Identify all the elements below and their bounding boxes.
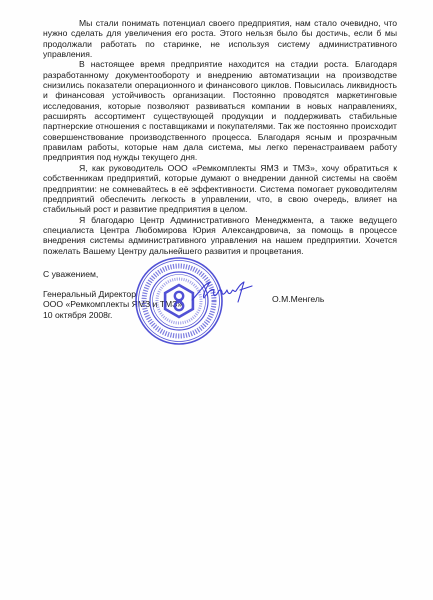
handwritten-signature-icon (190, 276, 260, 306)
paragraph-4: Я благодарю Центр Административного Мене… (43, 215, 397, 256)
signer-name: О.М.Менгель (272, 294, 324, 304)
paragraph-2: В настоящее время предприятие находится … (43, 59, 397, 162)
paragraph-3: Я, как руководитель ООО «Ремкомплекты ЯМ… (43, 163, 397, 215)
closing-salutation: С уважением, (43, 269, 98, 279)
paragraph-1: Мы стали понимать потенциал своего предп… (43, 18, 397, 59)
letter-page: Мы стали понимать потенциал своего предп… (0, 0, 433, 600)
letter-body: Мы стали понимать потенциал своего предп… (43, 18, 397, 256)
